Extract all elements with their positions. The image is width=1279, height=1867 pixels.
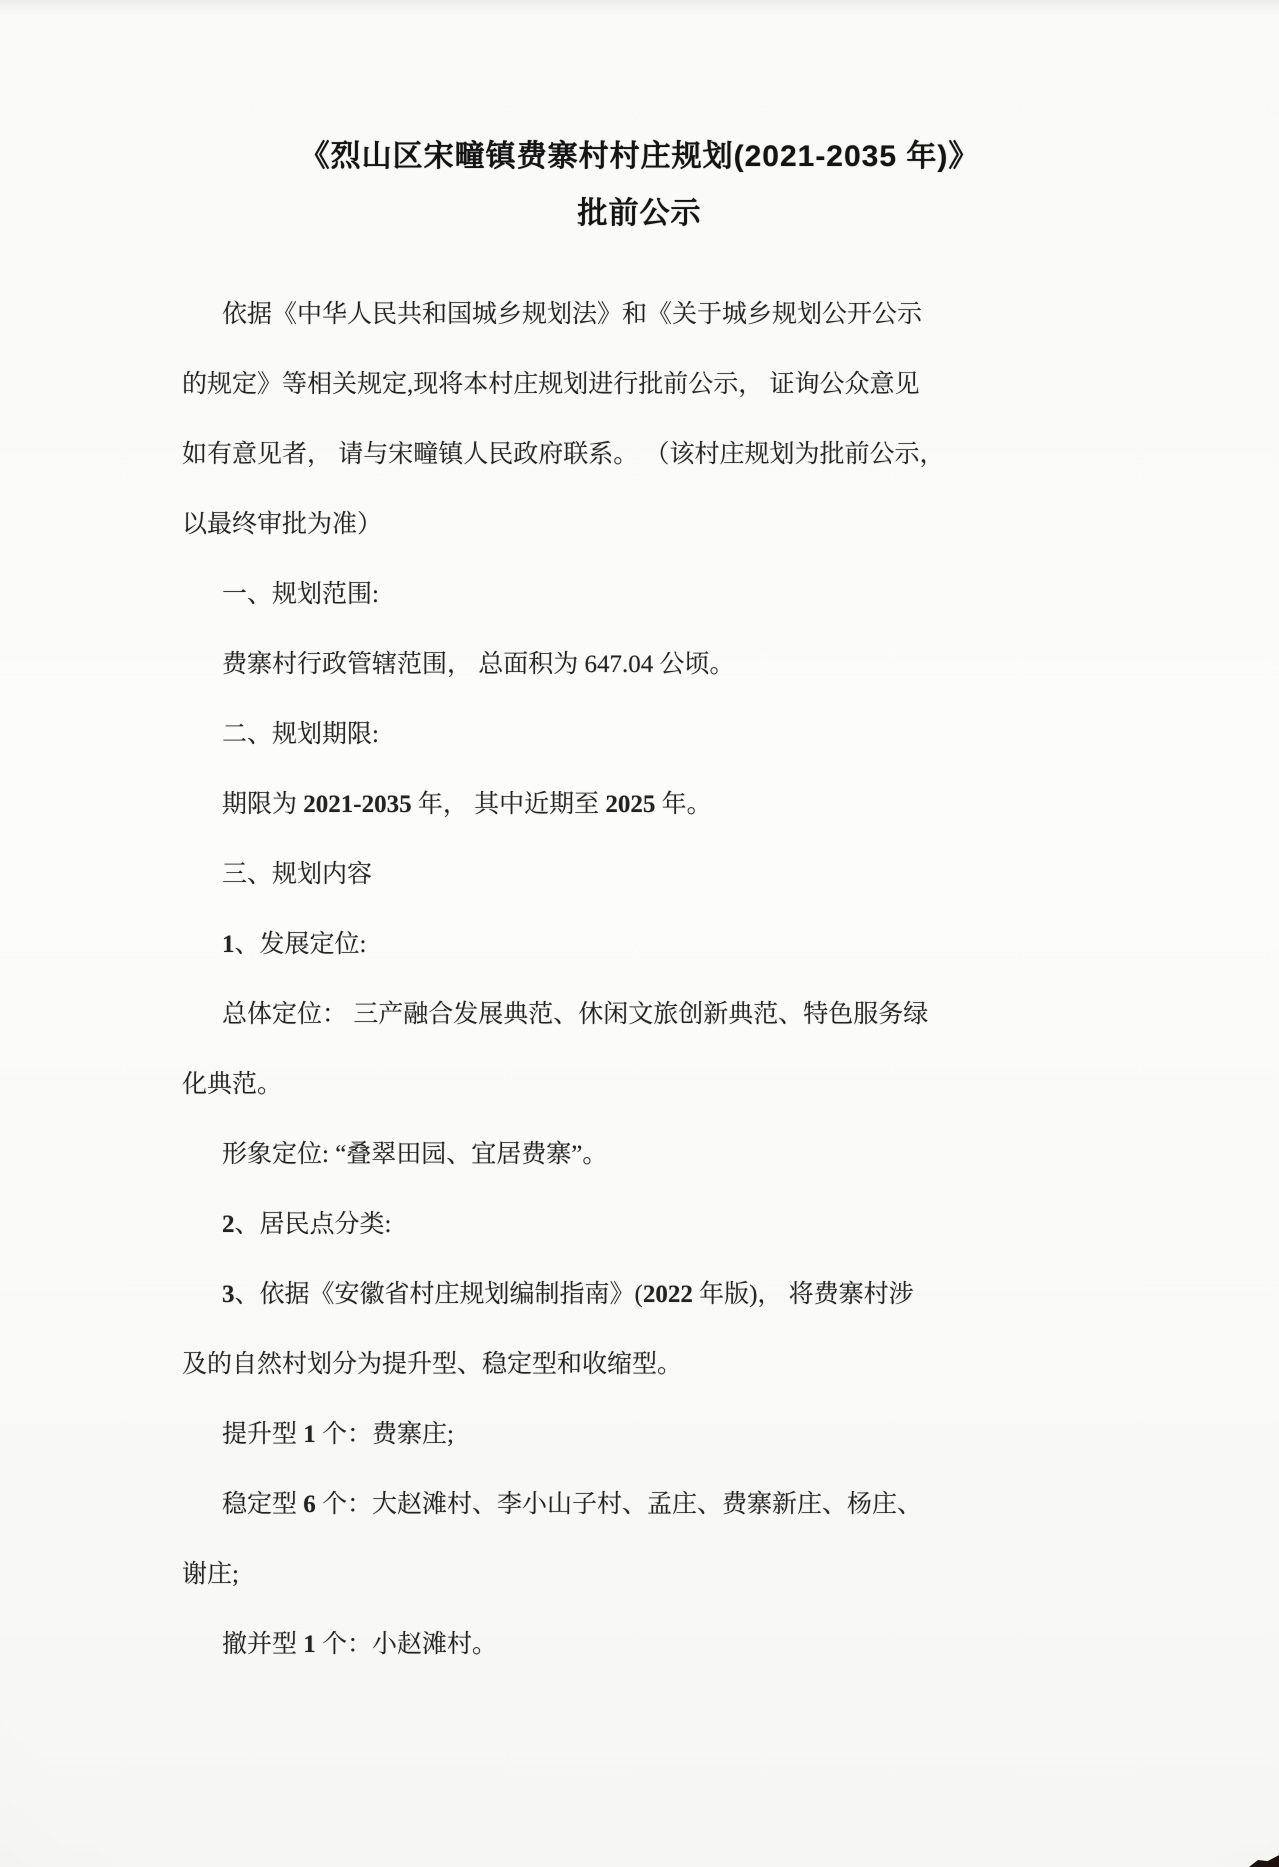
body-line-segment: 647.04: [585, 651, 654, 678]
body-line-segment: 一、规划范围:: [222, 581, 379, 608]
body-line-segment: 1: [303, 1421, 316, 1448]
body-line-segment: 形象定位: “叠翠田园、宜居费寨”。: [222, 1141, 607, 1168]
body-line: 如有意见者， 请与宋疃镇人民政府联系。 （该村庄规划为批前公示，: [182, 420, 972, 490]
body-line: 3、依据《安徽省村庄规划编制指南》(2022 年版)， 将费寨村涉: [182, 1260, 972, 1330]
body-line-segment: 1: [222, 931, 235, 958]
body-line-segment: 、居民点分类:: [235, 1211, 392, 1238]
document-body: 依据《中华人民共和国城乡规划法》和《关于城乡规划公开公示的规定》等相关规定,现将…: [0, 280, 972, 1680]
body-line-segment: 依据《中华人民共和国城乡规划法》和《关于城乡规划公开公示: [222, 301, 922, 328]
body-line-segment: 费寨村行政管辖范围， 总面积为: [222, 651, 585, 678]
body-line-segment: 3: [222, 1281, 235, 1308]
body-line: 的规定》等相关规定,现将本村庄规划进行批前公示， 证询公众意见: [182, 350, 972, 420]
body-line-segment: 个：小赵滩村。: [316, 1631, 497, 1658]
document-subtitle: 批前公示: [0, 185, 1279, 242]
body-line: 以最终审批为准）: [182, 490, 972, 560]
body-line-segment: 如有意见者， 请与宋疃镇人民政府联系。 （该村庄规划为批前公示，: [182, 441, 945, 468]
body-line-segment: 2: [222, 1211, 235, 1238]
body-line: 三、规划内容: [182, 840, 972, 910]
body-line-segment: 及的自然村划分为提升型、稳定型和收缩型。: [182, 1351, 682, 1378]
document-title: 《烈山区宋疃镇费寨村村庄规划(2021-2035 年)》: [0, 128, 1279, 185]
body-line-segment: 提升型: [222, 1421, 303, 1448]
body-line-segment: 个：费寨庄;: [316, 1421, 454, 1448]
body-line: 及的自然村划分为提升型、稳定型和收缩型。: [182, 1330, 972, 1400]
body-line-segment: 2022: [643, 1281, 693, 1308]
body-line-segment: 三、规划内容: [222, 861, 372, 888]
body-line: 二、规划期限:: [182, 700, 972, 770]
body-line-segment: 公顷。: [653, 651, 734, 678]
body-line: 1、发展定位:: [182, 910, 972, 980]
body-line: 谢庄;: [182, 1540, 972, 1610]
body-line-segment: 二、规划期限:: [222, 721, 379, 748]
scanned-document-page: 《烈山区宋疃镇费寨村村庄规划(2021-2035 年)》 批前公示 依据《中华人…: [0, 0, 1279, 1867]
document-title-block: 《烈山区宋疃镇费寨村村庄规划(2021-2035 年)》 批前公示: [0, 0, 1279, 242]
body-line-segment: 、发展定位:: [235, 931, 367, 958]
body-line-segment: 总体定位： 三产融合发展典范、休闲文旅创新典范、特色服务绿: [222, 1001, 928, 1028]
body-line-segment: 的规定》等相关规定,现将本村庄规划进行批前公示， 证询公众意见: [182, 371, 920, 398]
body-line: 费寨村行政管辖范围， 总面积为 647.04 公顷。: [182, 630, 972, 700]
body-line: 撤并型 1 个：小赵滩村。: [182, 1610, 972, 1680]
body-line: 稳定型 6 个：大赵滩村、李小山子村、孟庄、费寨新庄、杨庄、: [182, 1470, 972, 1540]
body-line-segment: 年版)， 将费寨村涉: [693, 1281, 914, 1308]
body-line-segment: 1: [303, 1631, 316, 1658]
body-line: 依据《中华人民共和国城乡规划法》和《关于城乡规划公开公示: [182, 280, 972, 350]
body-line: 2、居民点分类:: [182, 1190, 972, 1260]
body-line-segment: 谢庄;: [182, 1561, 239, 1588]
body-line-segment: 以最终审批为准）: [182, 511, 382, 538]
body-line: 化典范。: [182, 1050, 972, 1120]
body-line: 形象定位: “叠翠田园、宜居费寨”。: [182, 1120, 972, 1190]
body-line-segment: 6: [303, 1491, 316, 1518]
body-line-segment: 撤并型: [222, 1631, 303, 1658]
body-line-segment: 个：大赵滩村、李小山子村、孟庄、费寨新庄、杨庄、: [316, 1491, 922, 1518]
body-line-segment: 2025: [605, 791, 655, 818]
body-line-segment: 稳定型: [222, 1491, 303, 1518]
body-line-segment: 年， 其中近期至: [412, 791, 606, 818]
body-line-segment: 年。: [655, 791, 711, 818]
body-line: 提升型 1 个：费寨庄;: [182, 1400, 972, 1470]
body-line: 一、规划范围:: [182, 560, 972, 630]
body-line-segment: 化典范。: [182, 1071, 282, 1098]
body-line: 期限为 2021-2035 年， 其中近期至 2025 年。: [182, 770, 972, 840]
body-line-segment: 期限为: [222, 791, 303, 818]
body-line-segment: 、依据《安徽省村庄规划编制指南》(: [235, 1281, 643, 1308]
body-line-segment: 2021-2035: [303, 791, 411, 818]
body-line: 总体定位： 三产融合发展典范、休闲文旅创新典范、特色服务绿: [182, 980, 972, 1050]
scan-corner-artifact-icon: [1249, 1853, 1279, 1867]
